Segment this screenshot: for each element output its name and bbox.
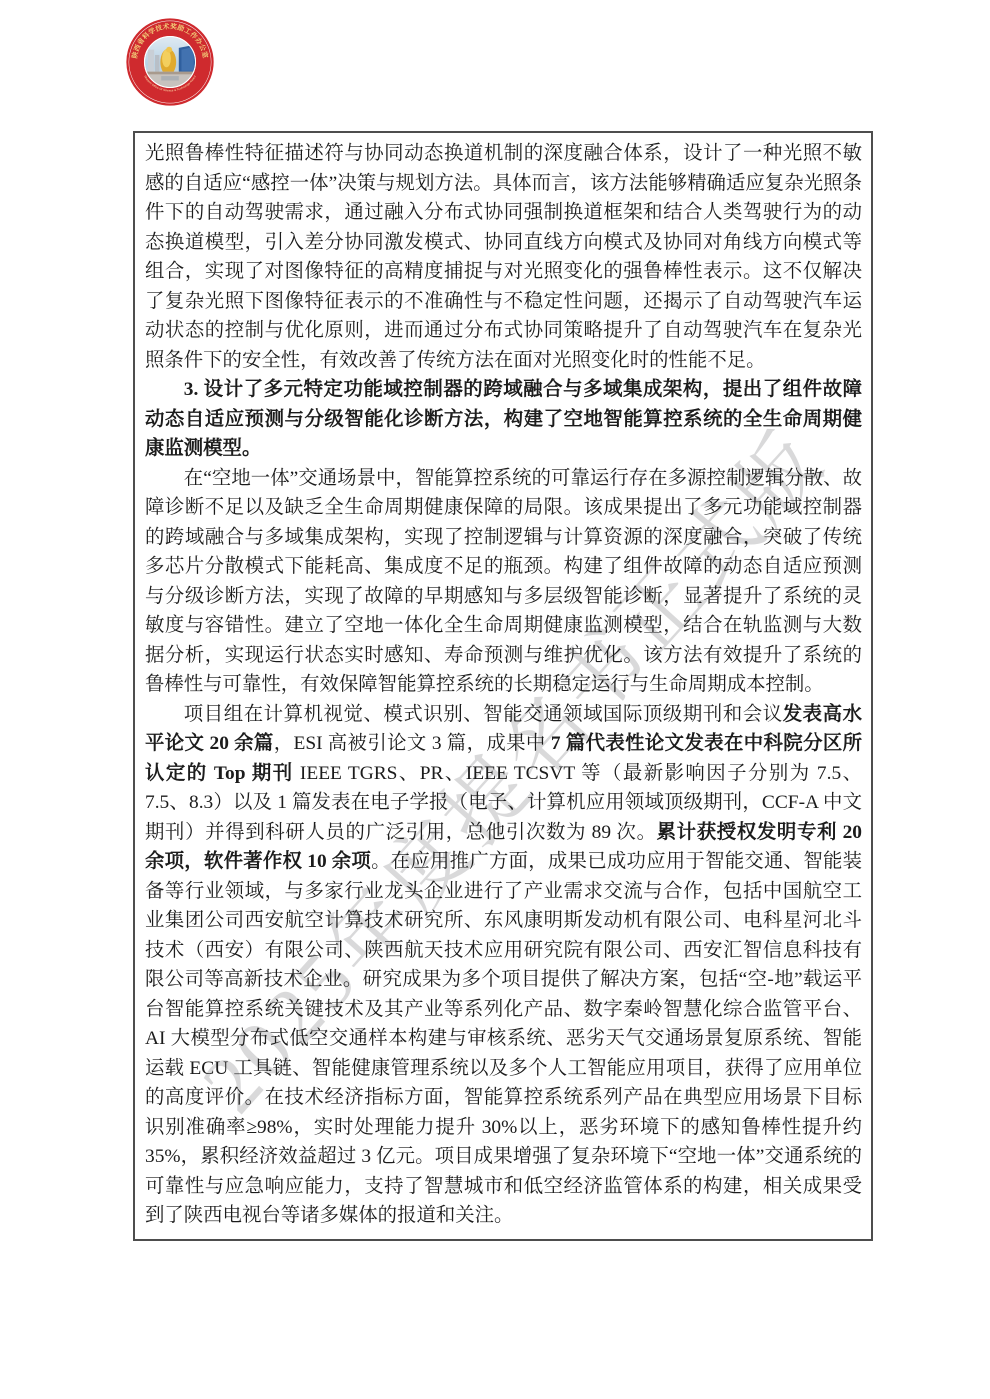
paragraph: 光照鲁棒性特征描述符与协同动态换道机制的深度融合体系，设计了一种光照不敏感的自适… (145, 139, 862, 375)
paragraph: 3. 设计了多元特定功能域控制器的跨域融合与多域集成架构，提出了组件故障动态自适… (145, 375, 862, 464)
text-segment: 。在应用推广方面，成果已成功应用于智能交通、智能装备等行业领域，与多家行业龙头企… (145, 851, 862, 1226)
document-body: 光照鲁棒性特征描述符与协同动态换道机制的深度融合体系，设计了一种光照不敏感的自适… (145, 139, 862, 1231)
seal-graphic: 陕西省科学技术奖励工作办公室 Shaanxi Office Of Science… (126, 18, 214, 106)
paragraph: 项目组在计算机视觉、模式识别、智能交通领域国际顶级期刊和会议发表高水平论文 20… (145, 700, 862, 1231)
bold-text-segment: 3. 设计了多元特定功能域控制器的跨域融合与多域集成架构，提出了组件故障动态自适… (145, 379, 862, 459)
text-segment: 光照鲁棒性特征描述符与协同动态换道机制的深度融合体系，设计了一种光照不敏感的自适… (145, 143, 862, 371)
org-seal-logo: 陕西省科学技术奖励工作办公室 Shaanxi Office Of Science… (126, 18, 214, 106)
paragraph: 在“空地一体”交通场景中，智能算控系统的可靠运行存在多源控制逻辑分散、故障诊断不… (145, 464, 862, 700)
document-text-box: 光照鲁棒性特征描述符与协同动态换道机制的深度融合体系，设计了一种光照不敏感的自适… (133, 131, 873, 1241)
text-segment: 项目组在计算机视觉、模式识别、智能交通领域国际顶级期刊和会议 (184, 704, 783, 725)
text-segment: 在“空地一体”交通场景中，智能算控系统的可靠运行存在多源控制逻辑分散、故障诊断不… (145, 468, 862, 696)
text-segment: ，ESI 高被引论文 3 篇，成果中 (274, 733, 551, 754)
